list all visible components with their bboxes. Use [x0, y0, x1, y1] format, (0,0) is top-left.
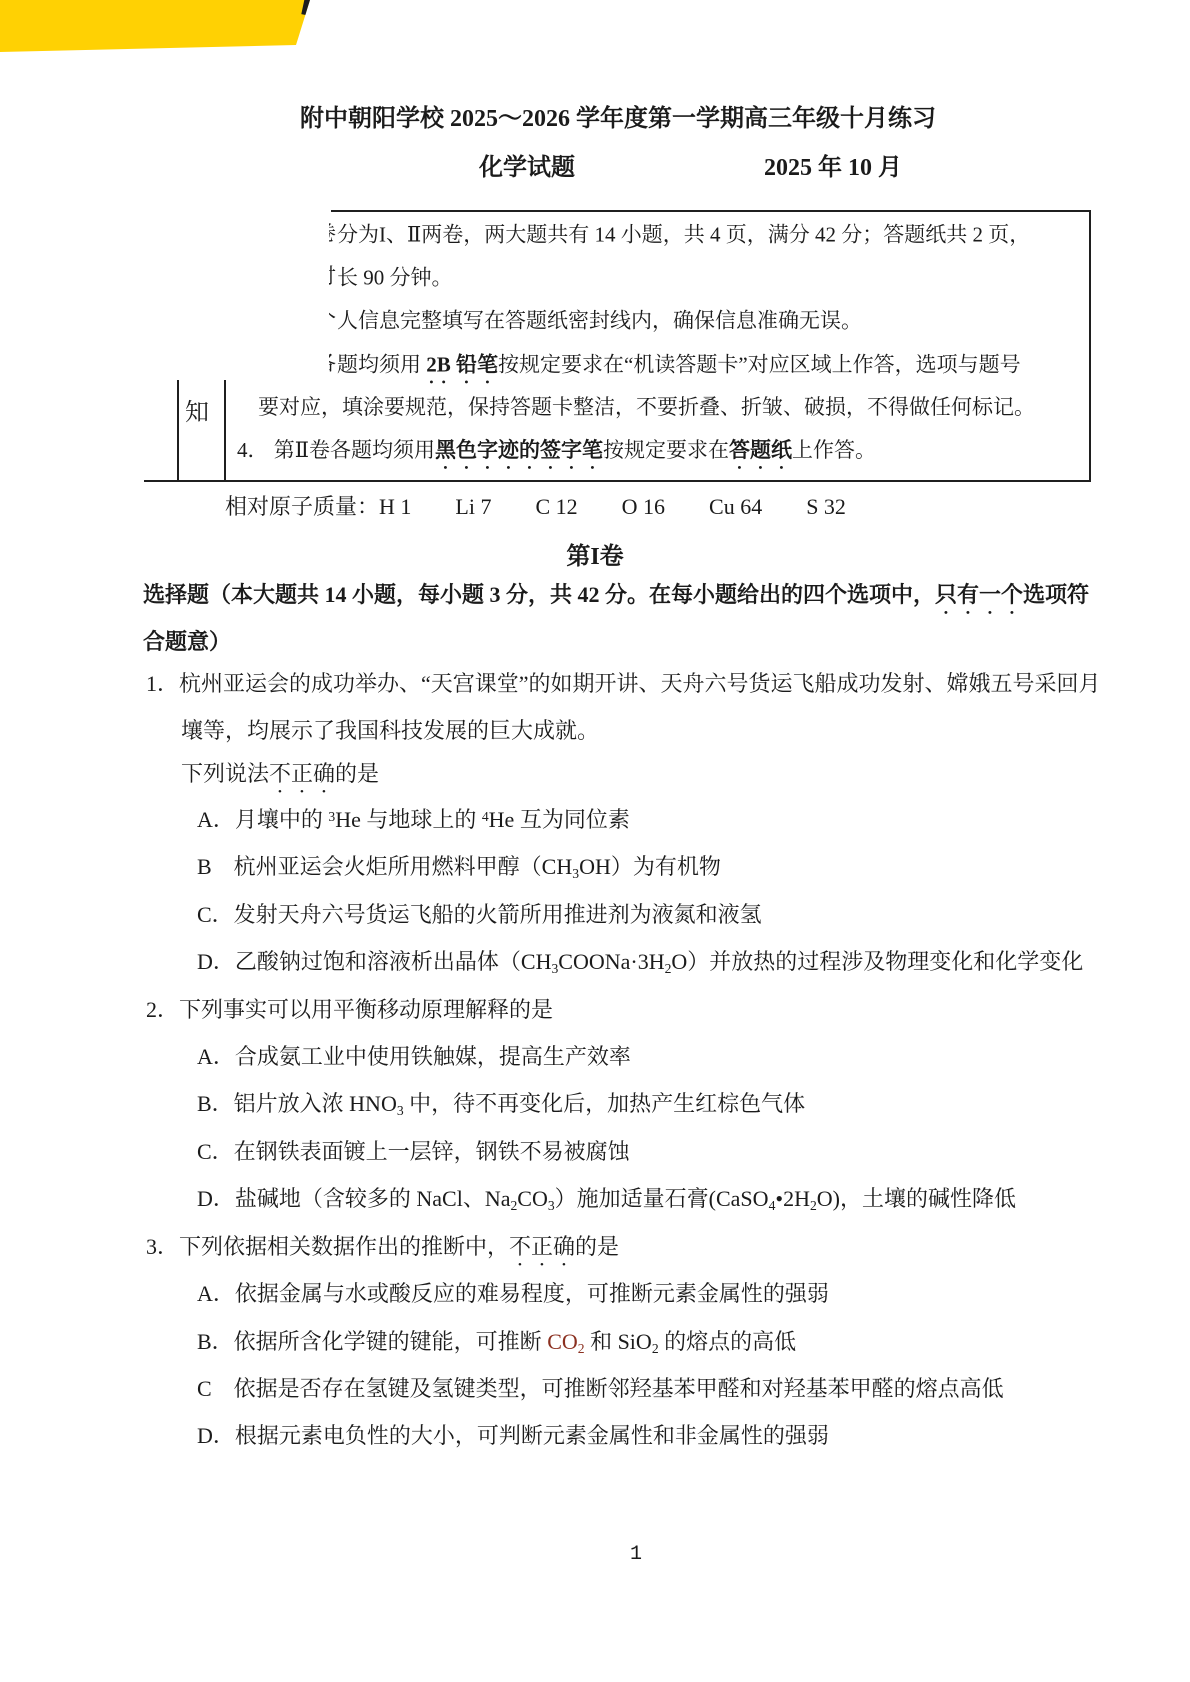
q3-option-c: C 依据是否存在氢键及氢键类型，可推断邻羟基苯甲醛和对羟基苯甲醛的熔点高低 [197, 1375, 1004, 1404]
exam-date: 2025 年 10 月 [764, 147, 902, 182]
atomic-mass-line: 相对原子质量：H 1 Li 7 C 12 O 16 Cu 64 S 32 [225, 493, 846, 522]
q2-option-c: C．在钢铁表面镀上一层锌，钢铁不易被腐蚀 [197, 1138, 630, 1167]
notice-line-1: 卷分为I、Ⅱ两卷，两大题共有 14 小题，共 4 页，满分 42 分；答题纸共 … [329, 220, 1030, 249]
notice-line-6: 4． 第Ⅱ卷各题均须用黑色字迹的签字笔按规定要求在答题纸上作答。 [237, 437, 876, 474]
question-1-line1: 1．杭州亚运会的成功举办、“天宫课堂”的如期开讲、天舟六号货运飞船成功发射、嫦娥… [146, 670, 1101, 699]
q1-option-d: D．乙酸钠过饱和溶液析出晶体（CH3COONa·3H2O）并放热的过程涉及物理变… [197, 948, 1083, 977]
cut-character: 时 [329, 263, 337, 289]
cut-character: 各 [329, 350, 337, 376]
notice-box-right-border [1089, 210, 1091, 482]
question-1-stem: 下列说法不正确的是 [181, 760, 379, 798]
question-3-stem: 3．下列依据相关数据作出的推断中，不正确的是 [146, 1233, 619, 1271]
question-2-stem: 2．下列事实可以用平衡移动原理解释的是 [146, 996, 553, 1025]
notice-side-label: 知 [185, 392, 209, 427]
q2-option-b: B．铝片放入浓 HNO3 中，待不再变化后，加热产生红棕色气体 [197, 1090, 805, 1119]
notice-box-inner-vline-1 [177, 380, 179, 480]
q1-option-c: C．发射天舟六号货运飞船的火箭所用推进剂为液氮和液氢 [197, 901, 762, 930]
q2-option-d: D．盐碱地（含较多的 NaCl、Na2CO3）施加适量石膏(CaSO4•2H2O… [197, 1185, 1016, 1214]
section-instructions-line2: 合题意） [143, 628, 231, 657]
doc-title: 附中朝阳学校 2025～2026 学年度第一学期高三年级十月练习 [300, 98, 936, 133]
subject-title: 化学试题 [479, 147, 575, 182]
q3-option-d: D．根据元素电负性的大小，可判断元素金属性和非金属性的强弱 [197, 1422, 829, 1451]
page-number: 1 [630, 1543, 642, 1566]
notice-line-3: 个人信息完整填写在答题纸密封线内，确保信息准确无误。 [329, 306, 862, 335]
q3-option-b: B．依据所含化学键的键能，可推断 CO2 和 SiO2 的熔点的高低 [197, 1328, 796, 1357]
part1-heading: 第I卷 [0, 536, 1190, 571]
notice-box-bottom-border [144, 480, 1091, 482]
notice-line-2: 时长 90 分钟。 [329, 263, 453, 292]
q3-option-a: A．依据金属与水或酸反应的难易程度，可推断元素金属性的强弱 [197, 1280, 829, 1309]
q1-option-a: A．月壤中的 3He 与地球上的 4He 互为同位素 [197, 806, 630, 835]
question-1-line2: 壤等，均展示了我国科技发展的巨大成就。 [181, 717, 599, 746]
q2-option-a: A．合成氨工业中使用铁触媒，提高生产效率 [197, 1043, 631, 1072]
cut-character: 个 [329, 306, 337, 332]
notice-box-top-border [331, 210, 1091, 212]
sticky-note [0, 0, 314, 56]
notice-line-5: 要对应，填涂要规范，保持答题卡整洁，不要折叠、折皱、破损，不得做任何标记。 [258, 394, 1035, 421]
exam-paper-page: 附中朝阳学校 2025～2026 学年度第一学期高三年级十月练习 化学试题 20… [0, 0, 1190, 1682]
cut-character: 卷 [329, 220, 337, 246]
q1-option-b: B 杭州亚运会火炬所用燃料甲醇（CH3OH）为有机物 [197, 853, 721, 882]
section-instructions-line1: 选择题（本大题共 14 小题，每小题 3 分，共 42 分。在每小题给出的四个选… [143, 581, 1089, 619]
notice-line-4: 各题均须用 2B 铅笔按规定要求在“机读答题卡”对应区域上作答，选项与题号 [329, 350, 1021, 388]
notice-box-inner-vline-2 [224, 380, 226, 480]
sticky-note-edge [301, 0, 311, 16]
